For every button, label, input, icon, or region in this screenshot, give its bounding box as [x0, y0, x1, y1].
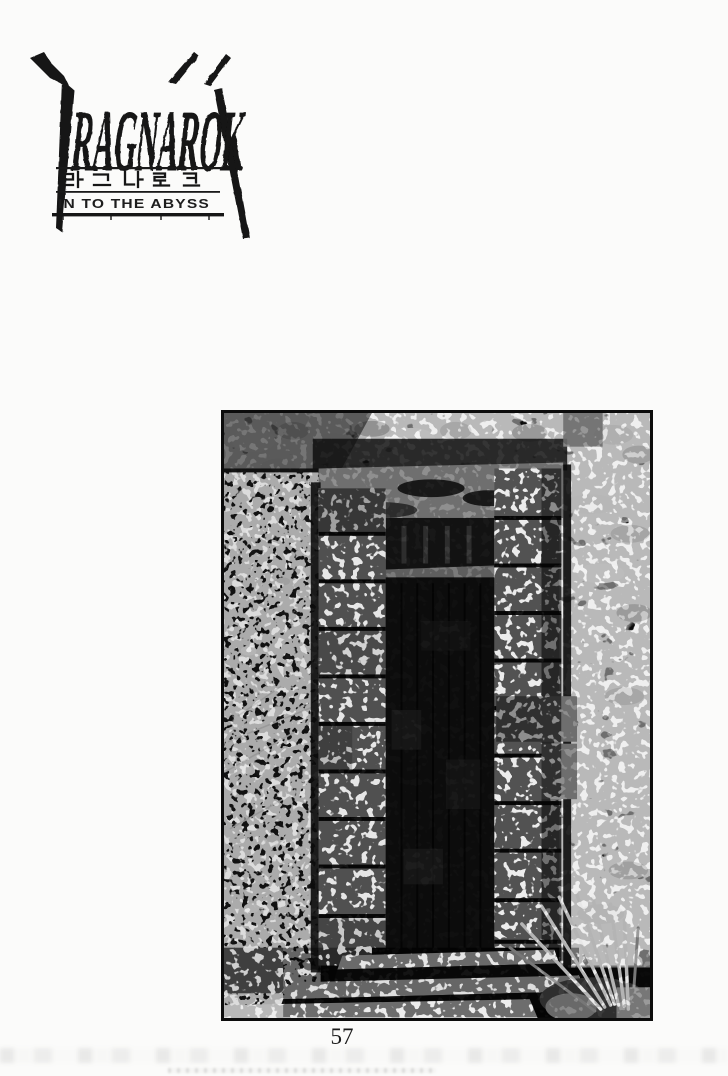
halftone-grain-overlay [224, 413, 650, 1018]
doorway-photo-art [224, 413, 650, 1018]
scan-artifact-smudge [168, 1068, 436, 1073]
ragnarok-logo: RAGNAROK IN TO THE ABYSS [18, 46, 262, 250]
page-number: 57 [318, 1024, 366, 1050]
logo-rule-bottom [52, 213, 224, 220]
scan-artifact-strip [0, 1048, 728, 1063]
logo-subtitle: IN TO THE ABYSS [58, 196, 210, 211]
ragnarok-logo-art: RAGNAROK IN TO THE ABYSS [18, 46, 262, 250]
logo-rule-middle [56, 191, 220, 193]
manga-page: RAGNAROK IN TO THE ABYSS [0, 0, 728, 1076]
doorway-photo [221, 410, 653, 1021]
logo-rule-top [56, 167, 222, 169]
